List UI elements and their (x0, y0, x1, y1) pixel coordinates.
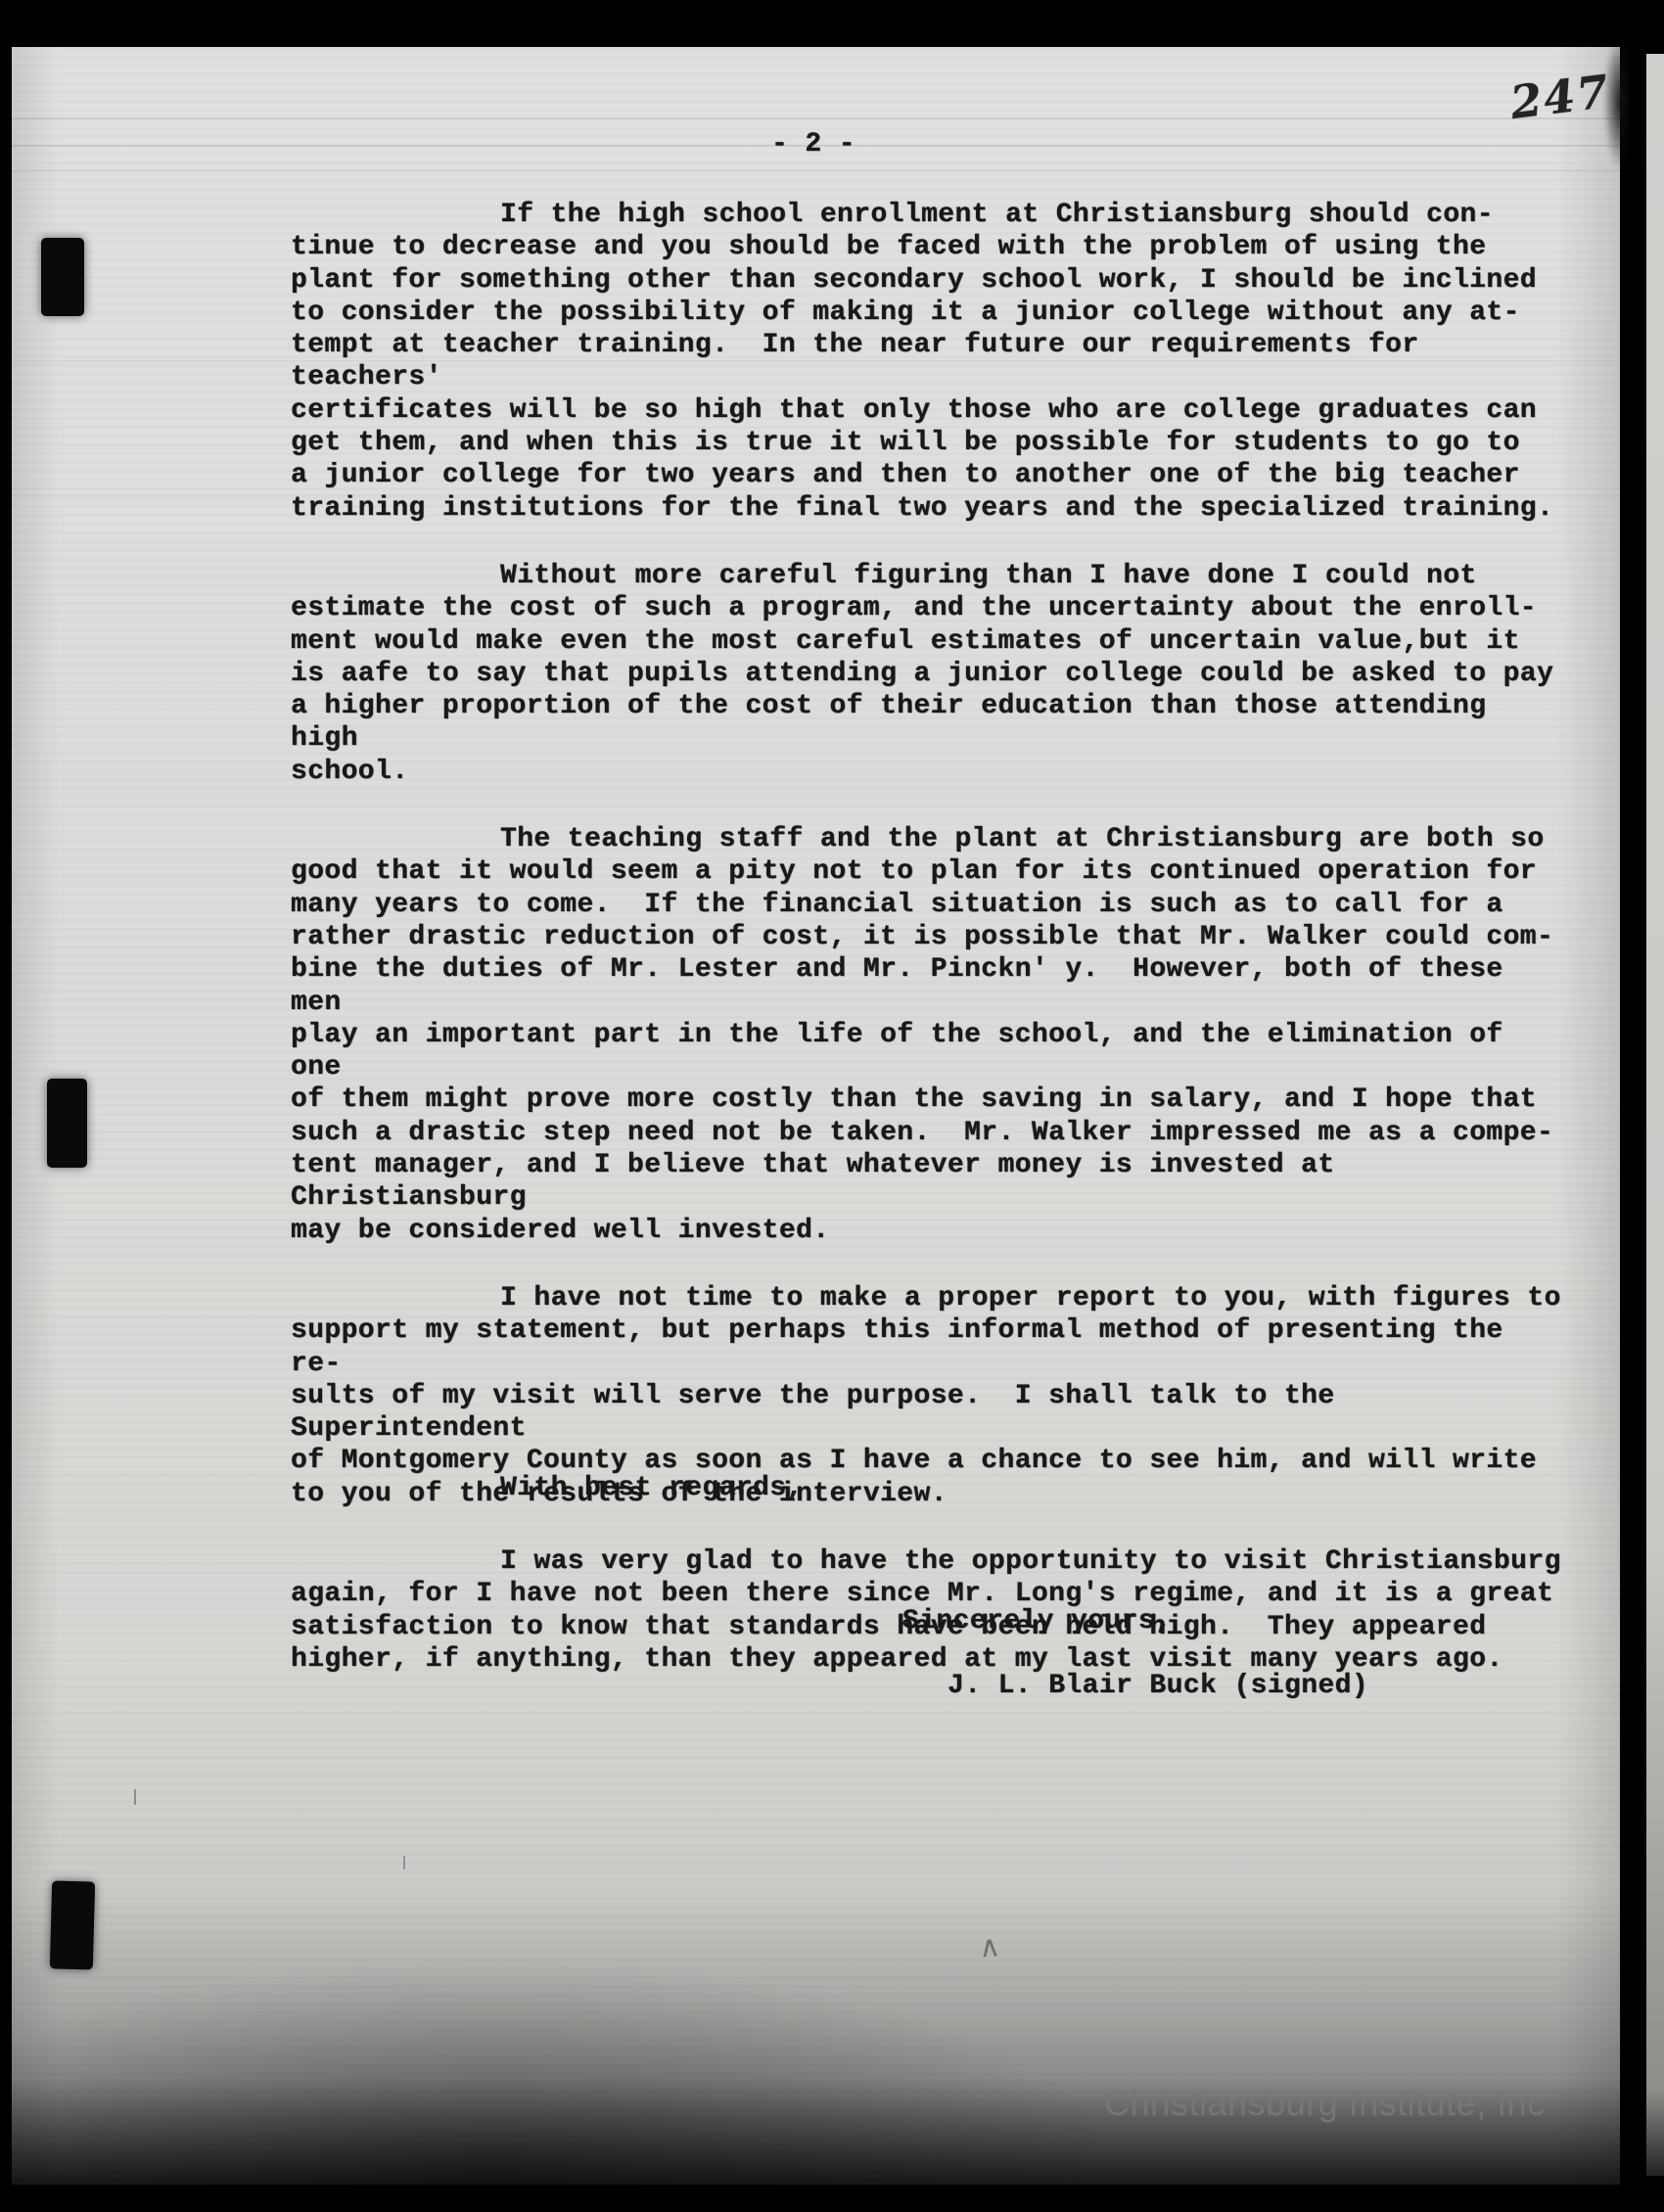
page-number-header: - 2 - (771, 128, 855, 161)
punch-hole-mark (47, 1079, 87, 1168)
pen-scratch-artifact: ∧ (978, 1929, 1001, 1964)
scan-artifact (134, 1789, 136, 1805)
scan-artifact (403, 1856, 405, 1869)
paragraph-2: Without more careful figuring than I hav… (291, 560, 1563, 788)
scanned-letter-page: 247 - 2 - If the high school enrollment … (0, 0, 1664, 2212)
adjacent-page-edge (1646, 54, 1664, 2176)
signoff-line: Sincerely yours, (902, 1605, 1172, 1637)
paragraph-4: I have not time to make a proper report … (291, 1282, 1563, 1510)
signature-line: J. L. Blair Buck (signed) (948, 1670, 1368, 1702)
paragraph-3: The teaching staff and the plant at Chri… (291, 823, 1563, 1247)
letter-body: If the high school enrollment at Christi… (291, 199, 1563, 1711)
punch-hole-mark (41, 238, 84, 316)
punch-hole-mark (50, 1880, 95, 1969)
scan-line (12, 117, 1620, 119)
closing-line: With best regards, (500, 1472, 804, 1504)
paragraph-1: If the high school enrollment at Christi… (291, 199, 1563, 525)
scan-line (12, 169, 1620, 171)
archive-watermark: Christiansburg Institute, Inc (1104, 2083, 1546, 2124)
